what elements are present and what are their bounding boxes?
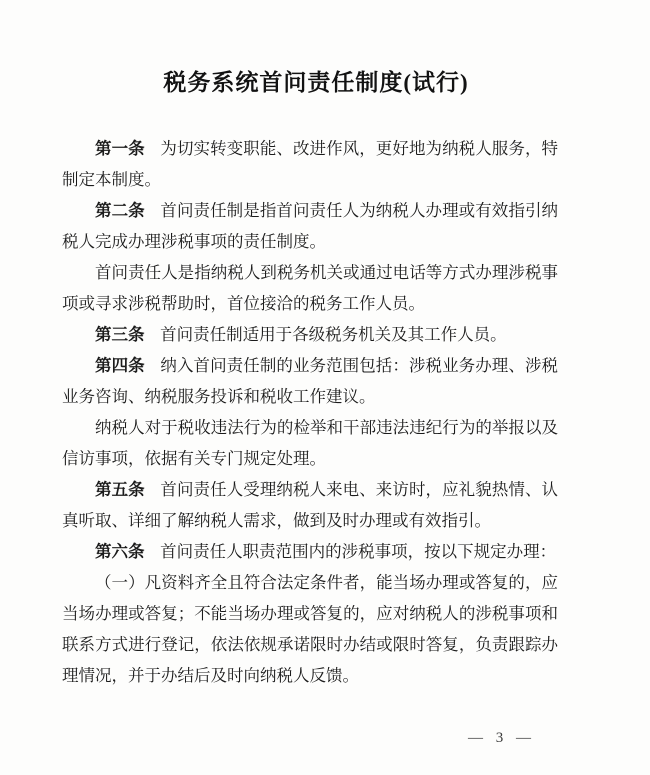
paragraph-article-4: 第四条纳入首问责任制的业务范围包括：涉税业务办理、涉税业务咨询、纳税服务投诉和税… bbox=[62, 350, 558, 412]
paragraph-article-3: 第三条首问责任制适用于各级税务机关及其工作人员。 bbox=[62, 319, 558, 350]
clause-label: 第二条 bbox=[95, 201, 145, 220]
paragraph-article-6-item-1: （一）凡资料齐全且符合法定条件者，能当场办理或答复的，应当场办理或答复；不能当场… bbox=[62, 567, 558, 691]
paragraph-article-5: 第五条首问责任人受理纳税人来电、来访时，应礼貌热情、认真听取、详细了解纳税人需求… bbox=[62, 474, 558, 536]
paragraph-text: 纳税人对于税收违法行为的检举和干部违法违纪行为的举报以及信访事项，依据有关专门规… bbox=[62, 418, 558, 468]
paragraph-text: 首问责任人是指纳税人到税务机关或通过电话等方式办理涉税事项或寻求涉税帮助时，首位… bbox=[62, 263, 558, 313]
paragraph-text: （一）凡资料齐全且符合法定条件者，能当场办理或答复的，应当场办理或答复；不能当场… bbox=[62, 573, 558, 685]
clause-label: 第六条 bbox=[95, 542, 145, 561]
paragraph-article-4-continued: 纳税人对于税收违法行为的检举和干部违法违纪行为的举报以及信访事项，依据有关专门规… bbox=[62, 412, 558, 474]
document-title: 税务系统首问责任制度(试行) bbox=[0, 64, 632, 97]
clause-label: 第一条 bbox=[95, 139, 145, 158]
page-number: — 3 — bbox=[468, 730, 532, 747]
paragraph-article-2-continued: 首问责任人是指纳税人到税务机关或通过电话等方式办理涉税事项或寻求涉税帮助时，首位… bbox=[62, 257, 558, 319]
paragraph-text: 首问责任人职责范围内的涉税事项，按以下规定办理： bbox=[160, 542, 556, 561]
paragraph-article-2: 第二条首问责任制是指首问责任人为纳税人办理或有效指引纳税人完成办理涉税事项的责任… bbox=[62, 195, 558, 257]
document-body: 第一条为切实转变职能、改进作风，更好地为纳税人服务，特制定本制度。 第二条首问责… bbox=[62, 133, 558, 691]
clause-label: 第五条 bbox=[95, 480, 145, 499]
clause-label: 第四条 bbox=[95, 356, 145, 375]
paragraph-article-6: 第六条首问责任人职责范围内的涉税事项，按以下规定办理： bbox=[62, 536, 558, 567]
paragraph-article-1: 第一条为切实转变职能、改进作风，更好地为纳税人服务，特制定本制度。 bbox=[62, 133, 558, 195]
scanned-document-page: 税务系统首问责任制度(试行) 第一条为切实转变职能、改进作风，更好地为纳税人服务… bbox=[0, 0, 650, 775]
paragraph-text: 首问责任制适用于各级税务机关及其工作人员。 bbox=[160, 325, 507, 344]
clause-label: 第三条 bbox=[95, 325, 145, 344]
